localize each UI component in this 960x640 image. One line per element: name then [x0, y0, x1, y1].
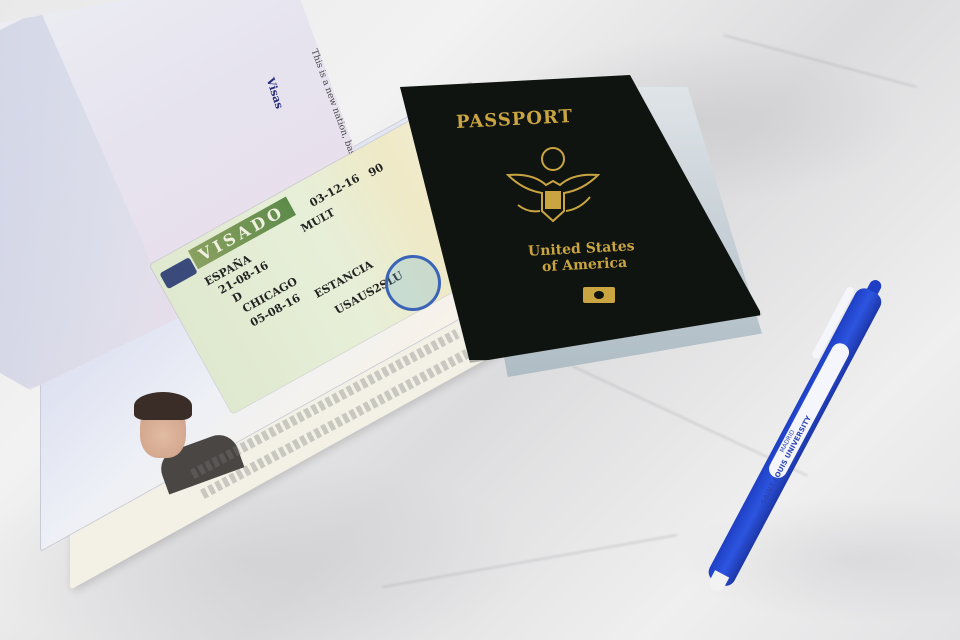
closed-passport: PASSPORT United States of America	[400, 75, 765, 375]
visa-valid-until: 03-12-16	[307, 172, 361, 210]
pen-label-area: SAINT LOUIS UNIVERSITY MADRID	[766, 340, 852, 481]
passport-cover: PASSPORT United States of America	[400, 75, 760, 360]
biometric-chip-icon	[583, 287, 615, 303]
passport-country-line-2: of America	[542, 255, 628, 275]
visa-duration: 90	[366, 161, 386, 180]
great-seal-eagle-icon	[498, 145, 608, 227]
visa-entries: MULT	[299, 206, 337, 235]
photo-hair	[134, 392, 192, 420]
holder-photo	[120, 392, 240, 482]
passport-title: PASSPORT	[456, 106, 574, 133]
eu-flag-icon	[159, 257, 197, 289]
